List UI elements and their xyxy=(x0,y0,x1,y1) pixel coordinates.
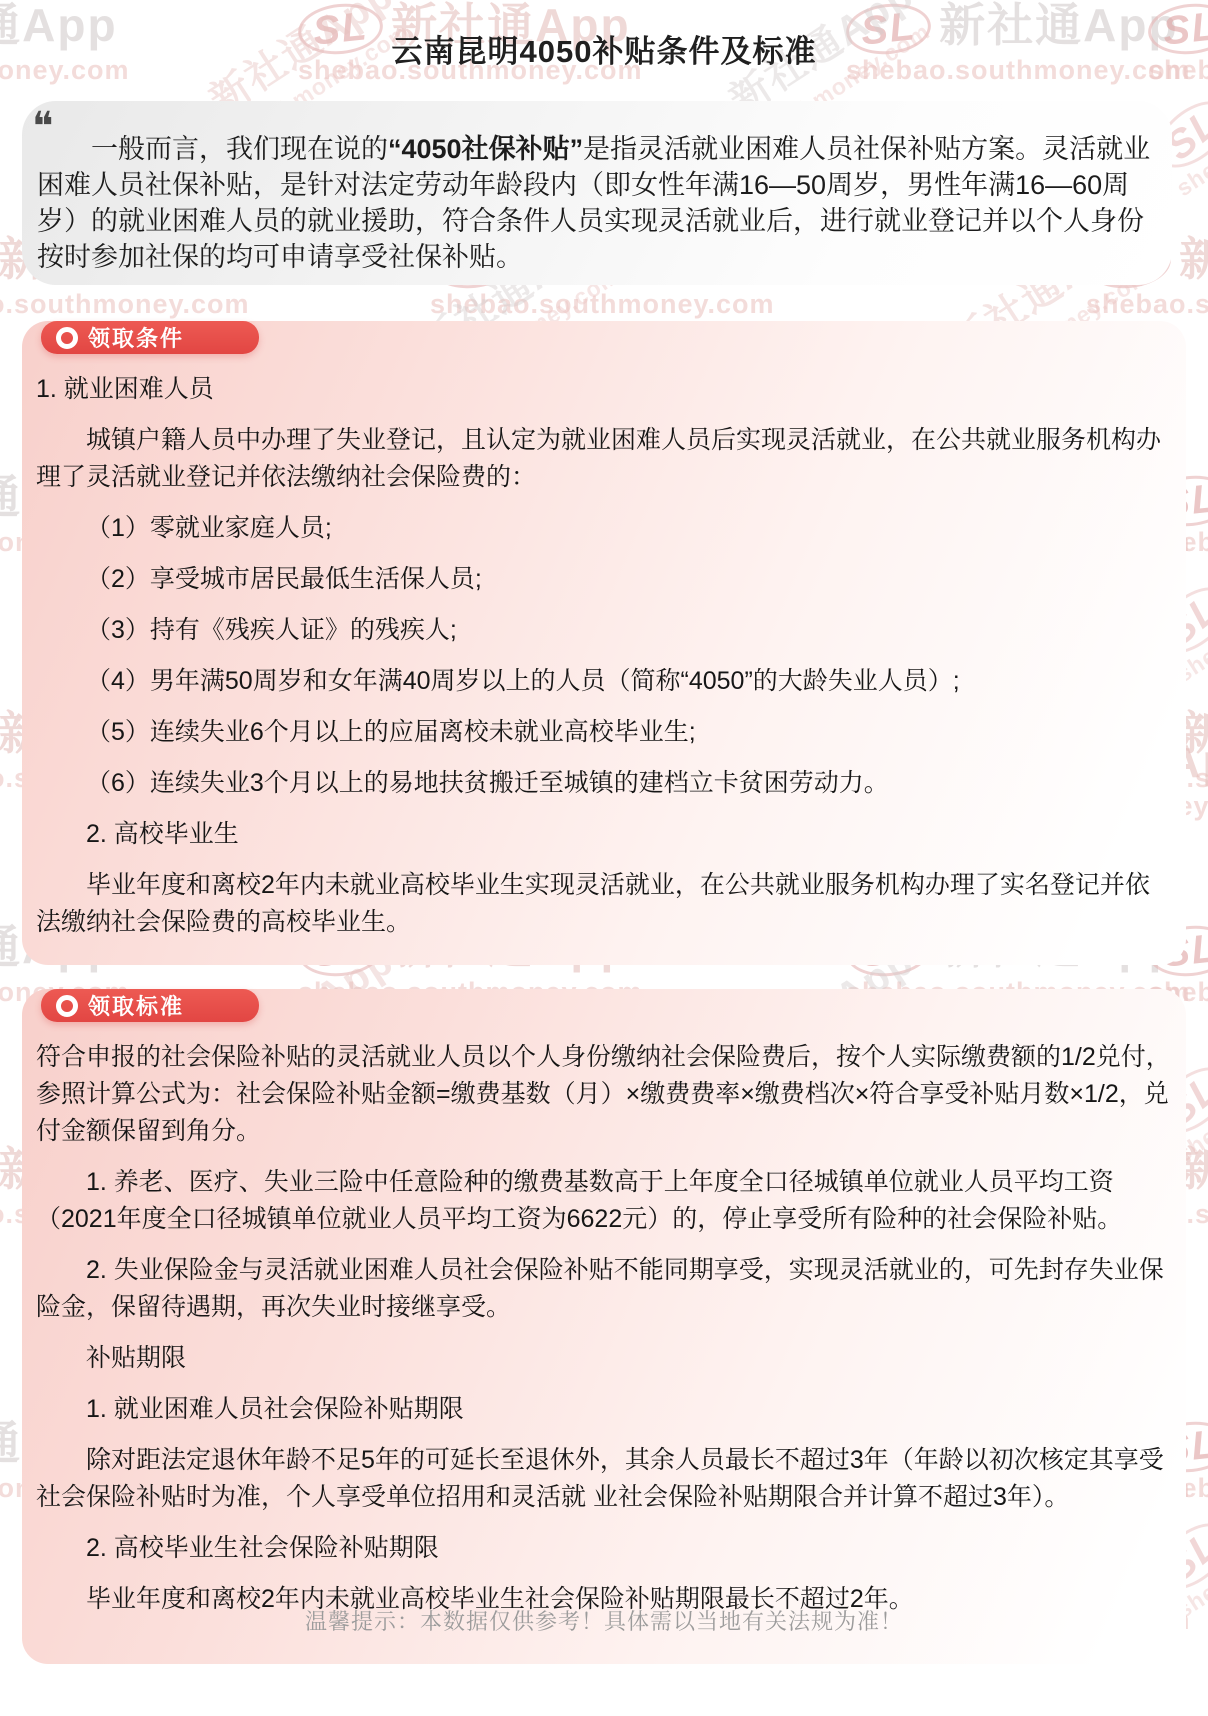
footer-note: 温馨提示：本数据仅供参考！具体需以当地有关法规为准！ xyxy=(0,1605,1208,1636)
page-title: 云南昆明4050补贴条件及标准 xyxy=(0,0,1208,71)
paragraph: 2. 高校毕业生社会保险补贴期限 xyxy=(36,1530,1172,1567)
list-item: （3）持有《残疾人证》的残疾人; xyxy=(36,612,1172,649)
section-conditions: 领取条件 1. 就业困难人员 城镇户籍人员中办理了失业登记，且认定为就业困难人员… xyxy=(22,321,1186,965)
paragraph: 除对距法定退休年龄不足5年的可延长至退休外，其余人员最长不超过3年（年龄以初次核… xyxy=(36,1442,1172,1516)
circle-icon xyxy=(56,327,78,349)
paragraph: 2. 高校毕业生 xyxy=(36,816,1172,853)
intro-paragraph: 一般而言，我们现在说的“4050社保补贴”是指灵活就业困难人员社保补贴方案。灵活… xyxy=(37,109,1158,275)
quote-icon: ❝ xyxy=(32,107,54,147)
paragraph: 毕业年度和离校2年内未就业高校毕业生实现灵活就业，在公共就业服务机构办理了实名登… xyxy=(36,867,1172,941)
paragraph: 1. 养老、医疗、失业三险中任意险种的缴费基数高于上年度全口径城镇单位就业人员平… xyxy=(36,1164,1172,1238)
paragraph: 补贴期限 xyxy=(36,1340,1172,1377)
intro-text-before: 一般而言，我们现在说的 xyxy=(91,134,388,164)
page: SL新社通Appshebao.southmoney.comSL新社通Appshe… xyxy=(0,0,1208,1716)
list-item: （4）男年满50周岁和女年满40周岁以上的人员（简称“4050”的大龄失业人员）… xyxy=(36,663,1172,700)
intro-text-bold: “4050社保补贴” xyxy=(388,134,583,164)
paragraph: 1. 就业困难人员社会保险补贴期限 xyxy=(36,1391,1172,1428)
paragraph: 符合申报的社会保险补贴的灵活就业人员以个人身份缴纳社会保险费后，按个人实际缴费额… xyxy=(36,1039,1172,1150)
article: 云南昆明4050补贴条件及标准 ❝ 一般而言，我们现在说的“4050社保补贴”是… xyxy=(0,0,1208,1664)
paragraph: 城镇户籍人员中办理了失业登记，且认定为就业困难人员后实现灵活就业，在公共就业服务… xyxy=(36,422,1172,496)
list-item: （2）享受城市居民最低生活保人员; xyxy=(36,561,1172,598)
paragraph: 2. 失业保险金与灵活就业困难人员社会保险补贴不能同期享受，实现灵活就业的，可先… xyxy=(36,1252,1172,1326)
badge-label: 领取条件 xyxy=(88,322,184,353)
section-standards: 领取标准 符合申报的社会保险补贴的灵活就业人员以个人身份缴纳社会保险费后，按个人… xyxy=(22,989,1186,1664)
list-item: （6）连续失业3个月以上的易地扶贫搬迁至城镇的建档立卡贫困劳动力。 xyxy=(36,765,1172,802)
list-item: （5）连续失业6个月以上的应届离校未就业高校毕业生; xyxy=(36,714,1172,751)
circle-icon xyxy=(56,995,78,1017)
badge-label: 领取标准 xyxy=(88,990,184,1021)
paragraph: 1. 就业困难人员 xyxy=(36,371,1172,408)
list-item: （1）零就业家庭人员; xyxy=(36,510,1172,547)
badge-conditions: 领取条件 xyxy=(41,321,259,354)
badge-standards: 领取标准 xyxy=(41,989,259,1022)
intro-quote-box: ❝ 一般而言，我们现在说的“4050社保补贴”是指灵活就业困难人员社保补贴方案。… xyxy=(22,101,1172,285)
